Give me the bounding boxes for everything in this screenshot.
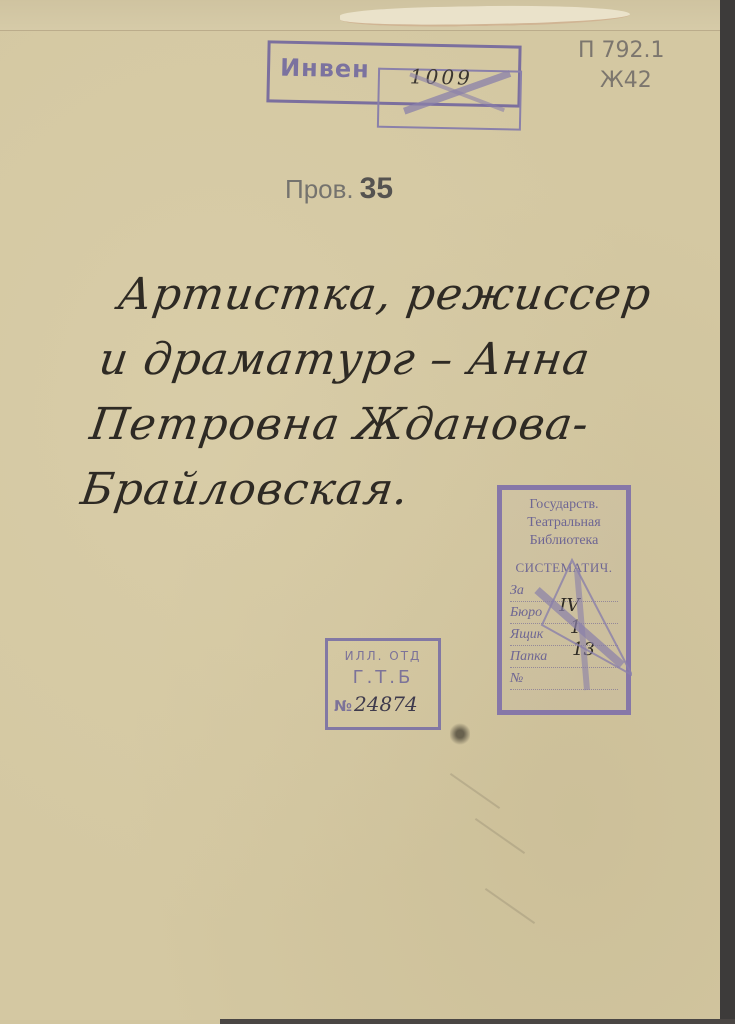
- handwritten-title: Артистка, режиссер и драматург – Анна Пе…: [77, 262, 694, 522]
- shelf-mark-line1: П 792.1: [578, 36, 665, 66]
- shelf-mark: П 792.1 Ж42: [578, 36, 665, 96]
- ink-smudge: [450, 722, 470, 746]
- ill-dept-number: 24874: [354, 692, 418, 716]
- inventory-stamp: Инвен 1009: [266, 40, 521, 107]
- scan-edge-bottom: [220, 1019, 735, 1024]
- cross-out-icon: [502, 550, 632, 700]
- ill-dept-number-row: №24874: [328, 692, 438, 716]
- ill-dept-line2: Г.Т.Б: [328, 667, 438, 688]
- check-label: Пров.: [285, 174, 354, 204]
- ill-dept-line1: ИЛЛ. ОТД: [328, 649, 438, 663]
- check-stamp: Пров.35: [285, 172, 393, 206]
- faint-mark: [475, 818, 525, 854]
- title-line-3: Петровна Жданова-: [86, 392, 675, 457]
- scan-edge-right: [720, 0, 735, 1024]
- shelf-mark-line2: Ж42: [578, 66, 665, 96]
- faint-mark: [485, 888, 535, 924]
- cross-out-icon: [394, 66, 515, 119]
- library-stamp: Государств. Театральная Библиотека СИСТЕ…: [497, 485, 631, 715]
- paper-tear: [340, 3, 630, 28]
- number-sign: №: [334, 697, 352, 715]
- document-sheet: Инвен 1009 П 792.1 Ж42 Пров.35 Артистка,…: [0, 0, 720, 1020]
- torn-top-edge: [0, 0, 720, 31]
- library-title-line-1: Государств.: [502, 496, 626, 514]
- inventory-label: Инвен: [280, 54, 370, 84]
- faint-mark: [450, 773, 500, 809]
- library-stamp-title: Государств. Театральная Библиотека: [502, 496, 626, 550]
- check-number: 35: [360, 172, 393, 205]
- title-line-2: и драматург – Анна: [95, 327, 684, 392]
- library-title-line-2: Театральная: [502, 514, 626, 532]
- illustration-dept-stamp: ИЛЛ. ОТД Г.Т.Б №24874: [325, 638, 441, 730]
- library-title-line-3: Библиотека: [502, 532, 626, 550]
- title-line-1: Артистка, режиссер: [104, 262, 693, 327]
